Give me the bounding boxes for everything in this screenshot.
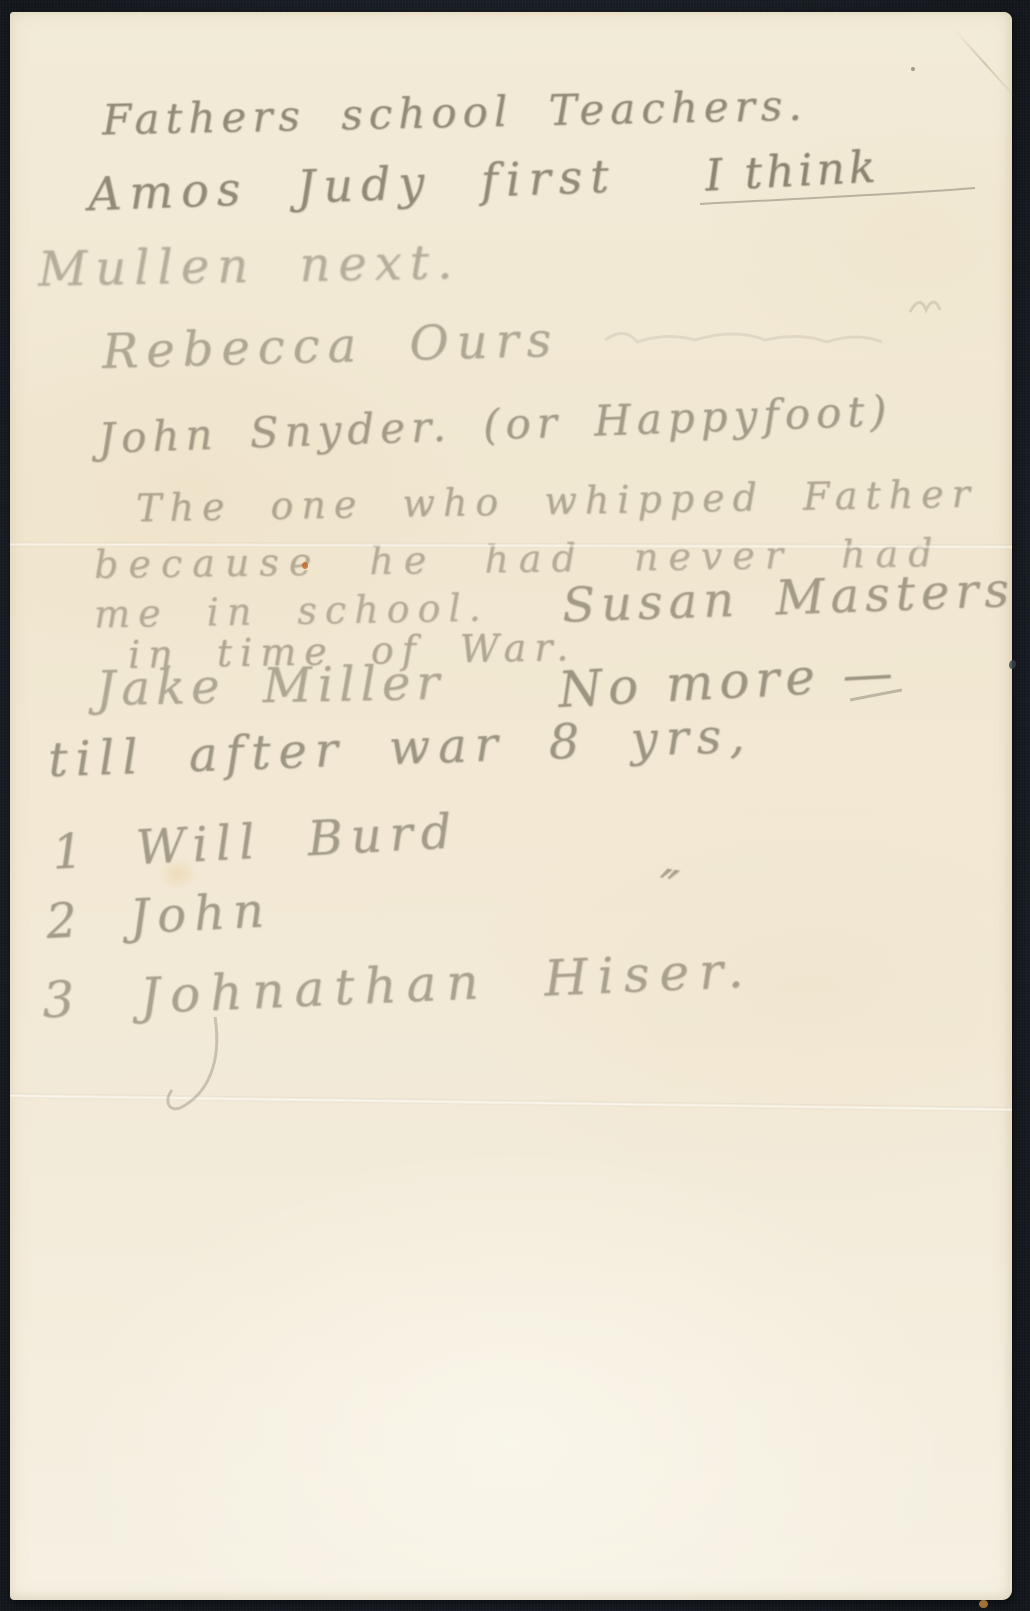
underline-i-think	[700, 188, 975, 204]
no-more-dash-stroke	[850, 690, 902, 700]
note-paper: Fathers school Teachers. Amos Judy first…	[10, 12, 1012, 1600]
paper-speck-brown-bottom	[979, 1600, 988, 1608]
pencil-stroke-overlay	[10, 12, 1012, 1600]
photo-of-handwritten-note: { "meta": { "description": "Scanned hand…	[0, 0, 1030, 1611]
erased-writing-fragment-right	[910, 302, 940, 312]
erased-writing-fragment	[605, 333, 882, 342]
johnathan-j-descender	[168, 1017, 217, 1109]
